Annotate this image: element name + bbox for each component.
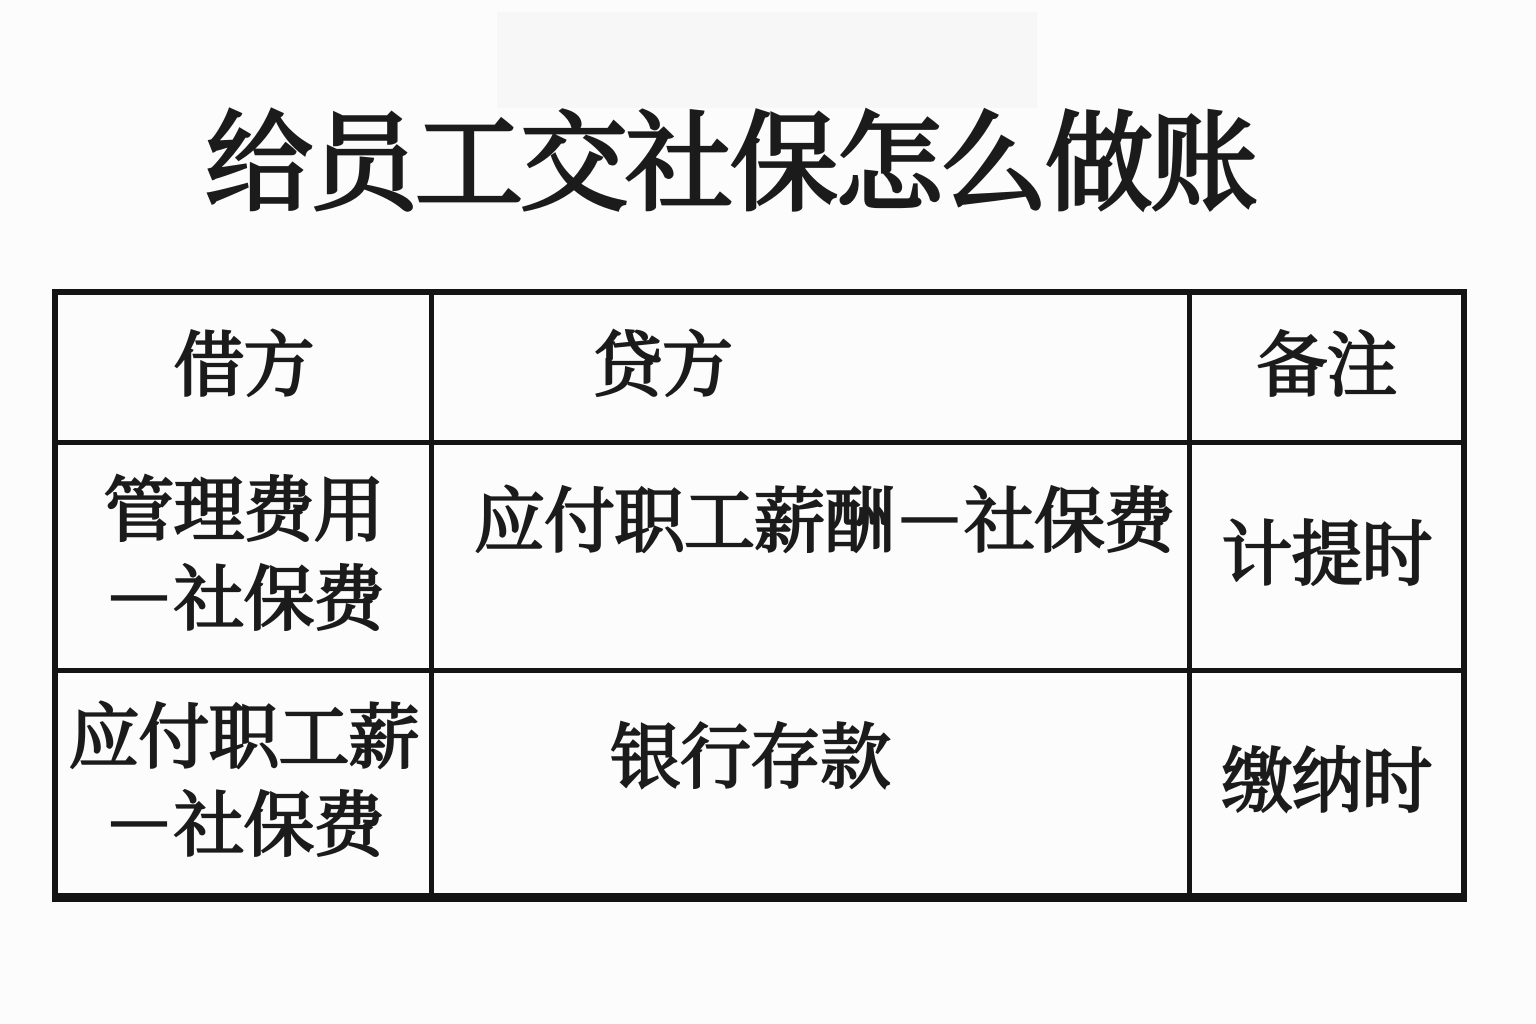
page-title: 给员工交社保怎么做账: [0, 110, 1460, 218]
header-note-cell: 备注: [1192, 295, 1461, 445]
row2-debit-cell: 应付职工薪 －社保费: [58, 673, 434, 893]
row2-note-cell: 缴纳时: [1192, 673, 1461, 893]
row2-credit-cell: 银行存款: [434, 673, 1192, 893]
jpeg-artifact-block: [497, 12, 1037, 108]
row1-debit-line1: 管理费用: [103, 468, 383, 556]
row2-debit-line1: 应付职工薪: [68, 695, 418, 783]
row1-note-cell: 计提时: [1192, 445, 1461, 673]
accounting-table: 借方 贷方 备注 管理费用 －社保费 应付职工薪酬－社保费 计提时 应付职工薪 …: [52, 289, 1467, 902]
row1-debit-line2: －社保费: [103, 557, 383, 645]
row1-credit-cell: 应付职工薪酬－社保费: [434, 445, 1192, 673]
row1-debit-cell: 管理费用 －社保费: [58, 445, 434, 673]
page-canvas: 给员工交社保怎么做账 借方 贷方 备注 管理费用 －社保费 应付职工薪酬－社保费…: [0, 0, 1536, 1024]
header-debit-cell: 借方: [58, 295, 434, 445]
header-credit-cell: 贷方: [434, 295, 1192, 445]
row2-debit-line2: －社保费: [103, 783, 383, 871]
